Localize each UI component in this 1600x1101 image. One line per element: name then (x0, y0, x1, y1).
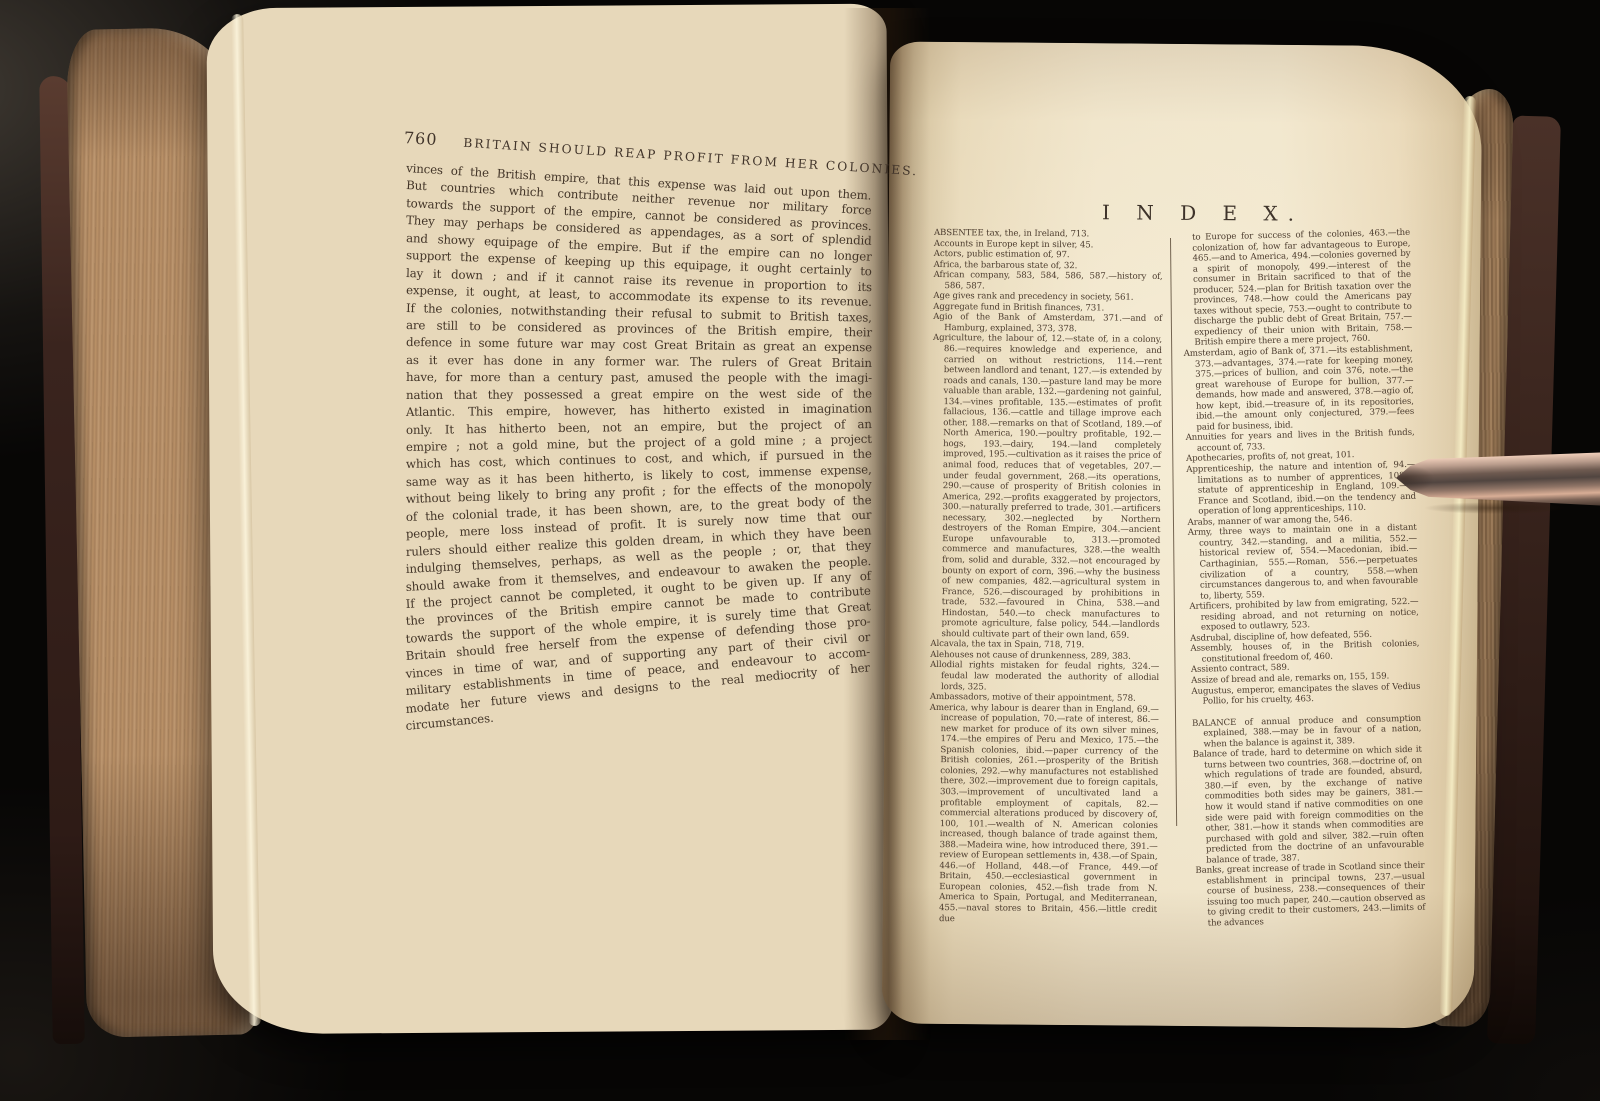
index-entry: America, why labour is dearer than in En… (928, 703, 1159, 926)
index-entry: Agriculture, the labour of, 12.—state of… (930, 333, 1162, 641)
index-entry: to Europe for success of the colonies, 4… (1181, 228, 1413, 349)
index-entry: Apprenticeship, the nature and intention… (1186, 460, 1416, 518)
index-title: I N D E X. (1102, 200, 1304, 225)
index-entry: Army, three ways to maintain one in a di… (1188, 523, 1419, 602)
index-entry: Banks, great increase of trade in Scotla… (1195, 861, 1425, 929)
index-entry: Amsterdam, agio of Bank of, 371.—its est… (1184, 344, 1415, 434)
index-column-2: to Europe for success of the colonies, 4… (1181, 228, 1426, 930)
index-entry: Agio of the Bank of Amsterdam, 371.—and … (933, 312, 1162, 335)
index-entry: BALANCE of annual produce and consumptio… (1192, 713, 1422, 750)
index-entry: African company, 583, 584, 586, 587.—his… (933, 270, 1162, 293)
left-page-body: vincesoftheBritishempire,thatthisexpense… (406, 161, 872, 736)
index-column-1: ABSENTEE tax, the, in Ireland, 713.Accou… (928, 228, 1163, 926)
index-entry: Balance of trade, hard to determine on w… (1193, 745, 1425, 866)
page-number: 760 (403, 128, 438, 149)
index-entry: Augustus, emperor, emancipates the slave… (1191, 681, 1420, 707)
index-entry: Allodial rights mistaken for feudal righ… (930, 660, 1159, 694)
index-entry: Artificers, prohibited by law from emigr… (1189, 597, 1419, 634)
photo-background: 760 BRITAIN SHOULD REAP PROFIT FROM HER … (0, 0, 1600, 1101)
text-line: have,formorethanacenturypast,amusedthepe… (406, 370, 872, 388)
